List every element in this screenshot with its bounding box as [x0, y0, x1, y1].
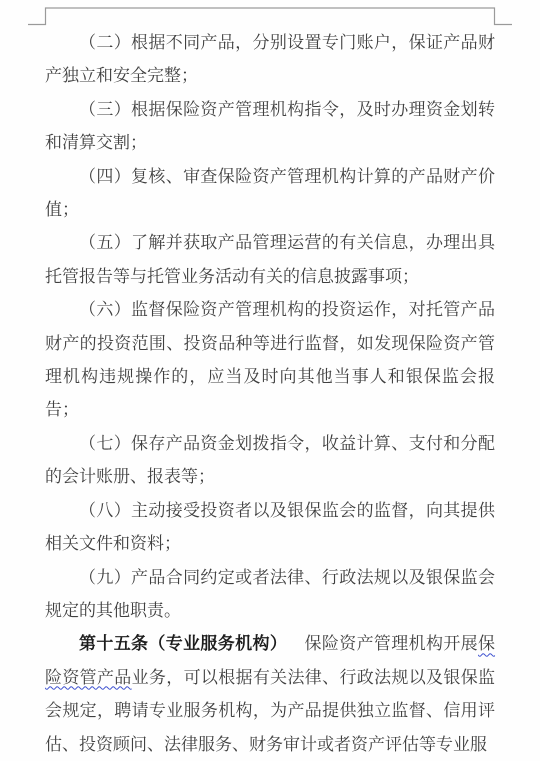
clause-paragraph-5: （五）了解并获取产品管理运营的有关信息，办理出具托管报告等与托管业务活动有关的信… — [45, 226, 495, 293]
clause-paragraph-2: （二）根据不同产品，分别设置专门账户，保证产品财产独立和安全完整； — [45, 26, 495, 93]
clause-paragraph-9: （九）产品合同约定或者法律、行政法规以及银保监会规定的其他职责。 — [45, 561, 495, 628]
clause-paragraph-8: （八）主动接受投资者以及银保监会的监督，向其提供相关文件和资料； — [45, 494, 495, 561]
article-15-paragraph: 第十五条（专业服务机构）保险资产管理机构开展保险资管产品业务，可以根据有关法律、… — [45, 627, 495, 761]
clause-paragraph-4: （四）复核、审查保险资产管理机构计算的产品财产价值； — [45, 160, 495, 227]
clause-paragraph-3: （三）根据保险资产管理机构指令，及时办理资金划转和清算交割； — [45, 93, 495, 160]
page-corner-mark-line — [28, 8, 512, 25]
document-page: （二）根据不同产品，分别设置专门账户，保证产品财产独立和安全完整； （三）根据保… — [0, 0, 540, 761]
article-15-text-before-wavy: 保险资产管理机构开展 — [304, 634, 478, 653]
article-15-heading: 第十五条（专业服务机构） — [79, 634, 287, 653]
document-body: （二）根据不同产品，分别设置专门账户，保证产品财产独立和安全完整； （三）根据保… — [45, 26, 495, 761]
clause-paragraph-6: （六）监督保险资产管理机构的投资运作，对托管产品财产的投资范围、投资品种等进行监… — [45, 293, 495, 427]
clause-paragraph-7: （七）保存产品资金划拨指令，收益计算、支付和分配的会计账册、报表等； — [45, 427, 495, 494]
